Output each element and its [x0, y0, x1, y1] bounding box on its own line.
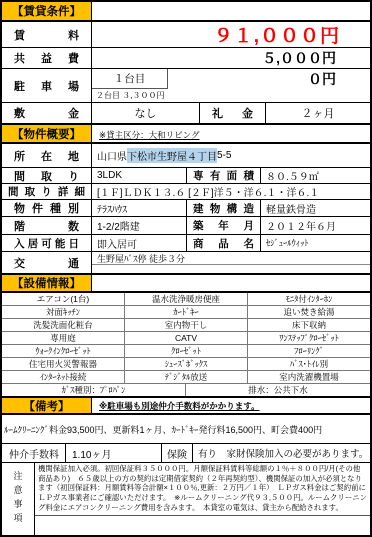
transport-row: 交 通 生野屋ﾊﾞｽ停 徒歩３分	[2, 252, 370, 275]
equipment-item: 追い焚き給湯	[248, 306, 370, 318]
layout-detail-value: [１Ｆ]ＬＤＫ１３.６ [２Ｆ]洋５・洋６.１・洋６.１	[92, 184, 370, 199]
layout-detail-row: 間取り詳細 [１Ｆ]ＬＤＫ１３.６ [２Ｆ]洋５・洋６.１・洋６.１	[2, 184, 370, 200]
equipment-item: ｳｫｰｸｲﾝｸﾛｰｾﾞｯﾄ	[2, 345, 125, 357]
structure-value: 軽量鉄骨造	[261, 200, 370, 216]
equipment-item: ｲﾝﾀｰﾈｯﾄ接続	[2, 371, 125, 383]
equipment-item: 温水洗浄暖房便座	[125, 293, 248, 305]
gas-drainage-row: ｶﾞｽ種別：ﾌﾟﾛﾊﾟﾝ 排水：公共下水	[2, 384, 370, 398]
equipment-item: 洗髪洗面化粧台	[2, 319, 125, 331]
layout-area-row: 間 取 り 3LDK 専有面積 ８０.５９㎡	[2, 168, 370, 184]
deposit-keymoney-row: 敷 金 なし 礼 金 ２ヶ月	[2, 103, 370, 125]
parking-first-car-label: １台目	[92, 69, 168, 89]
parking-first-car-value: ０円	[168, 69, 370, 89]
section-title-remarks: 【備考】	[2, 398, 92, 413]
property-listing-sheet: 【賃貸条件】 賃 料 ９１,０００円 共 益 費 ５,０００円 駐 車 場 １台…	[0, 0, 372, 537]
equipment-header-spacer	[92, 275, 370, 291]
equipment-row: エアコン(1台) 温水洗浄暖房便座 ﾓﾆﾀ付ｲﾝﾀｰﾎﾝ	[2, 293, 370, 306]
equipment-item: ﾌﾛｰﾘﾝｸﾞ	[248, 345, 370, 357]
equipment-item: 専用庭	[2, 332, 125, 344]
area-value: ８０.５９㎡	[261, 168, 370, 183]
remarks-note: ※駐車場も別途仲介手数料がかかります。	[92, 398, 370, 413]
section-title-overview: 【物件概要】	[2, 125, 92, 142]
deposit-value: なし	[92, 103, 200, 123]
built-date-value: ２０１２年６月	[261, 217, 370, 234]
equipment-item: 室内洗濯機置場	[248, 371, 370, 383]
layout-value: 3LDK	[92, 168, 187, 183]
layout-label: 間 取 り	[2, 168, 92, 183]
address-highlight: 下松市生野屋４丁目	[127, 148, 217, 163]
rental-terms-header-spacer	[92, 2, 370, 20]
address-row: 所 在 地 山口県下松市生野屋４丁目5-5	[2, 144, 370, 168]
brokerage-fee-value: 1.10ヶ月	[66, 444, 162, 462]
gas-type: ｶﾞｽ種別：ﾌﾟﾛﾊﾟﾝ	[2, 384, 186, 396]
caution-text: 機関保証加入必須。初回保証料３５０００円。月額保証料賃料等総額の１％＋８００円/…	[35, 463, 370, 516]
rent-label: 賃 料	[2, 22, 92, 47]
equipment-row: 対面ｷｯﾁﾝ ｶｰﾄﾞｷｰ 追い焚き給湯	[2, 306, 370, 319]
insurance-value: 有り 家財保険加入の必要があります。	[193, 444, 370, 462]
rent-value: ９１,０００円	[92, 22, 370, 47]
landlord-category-note: ※貸主区分：大和リビング	[92, 125, 370, 142]
structure-label: 建物構造	[187, 200, 261, 216]
equipment-row: 洗髪洗面化粧台 室内物干し 床下収納	[2, 319, 370, 332]
insurance-label: 保険	[162, 444, 193, 462]
key-money-value: ２ヶ月	[266, 103, 370, 123]
floors-built-row: 階 数 1-2/2階建 築 年 月 ２０１２年６月	[2, 217, 370, 235]
equipment-item: エアコン(1台)	[2, 293, 125, 305]
caution-label-cell: 注意事項	[2, 463, 35, 535]
deposit-label: 敷 金	[2, 103, 92, 123]
parking-row: 駐 車 場 １台目 ０円 ２台目 ３,３００円	[2, 69, 370, 103]
equipment-row: 住宅用火災警報器 ｼｭｰｽﾞﾎﾞｯｸｽ ﾊﾞｽ･ﾄｲﾚ別	[2, 358, 370, 371]
parking-second-car-note: ２台目 ３,３００円	[92, 89, 370, 102]
equipment-item: 住宅用火災警報器	[2, 358, 125, 370]
fees-text: ﾙｰﾑｸﾘｰﾆﾝｸﾞ料金93,500円、更新料1ヶ月、ｶｰﾄﾞｷｰ発行料16,5…	[2, 415, 370, 443]
overview-header-row: 【物件概要】 ※貸主区分：大和リビング	[2, 125, 370, 144]
product-name-value: ｾｼﾞｭｰﾙｳｨｯﾄ	[261, 235, 370, 251]
section-title-rental-terms: 【賃貸条件】	[2, 2, 92, 20]
equipment-row: ｳｫｰｸｲﾝｸﾛｰｾﾞｯﾄ ｸﾛｰｾﾞｯﾄ ﾌﾛｰﾘﾝｸﾞ	[2, 345, 370, 358]
move-in-value: 即入居可	[92, 235, 187, 251]
address-label: 所 在 地	[2, 144, 92, 167]
equipment-item: ﾊﾞｽ･ﾄｲﾚ別	[248, 358, 370, 370]
rental-terms-header-row: 【賃貸条件】	[2, 2, 370, 22]
common-fee-row: 共 益 費 ５,０００円	[2, 48, 370, 69]
common-fee-value: ５,０００円	[92, 48, 370, 68]
equipment-row: 専用庭 CATV ﾜﾝｽﾃｯﾌﾟｸﾛｰｾﾞｯﾄ	[2, 332, 370, 345]
remarks-header-row: 【備考】 ※駐車場も別途仲介手数料がかかります。	[2, 398, 370, 415]
type-structure-row: 物 件 種 別 ﾃﾗｽﾊｳｽ 建物構造 軽量鉄骨造	[2, 200, 370, 217]
common-fee-label: 共 益 費	[2, 48, 92, 68]
address-prefix: 山口県	[97, 148, 127, 163]
equipment-item: 対面ｷｯﾁﾝ	[2, 306, 125, 318]
move-in-label: 入居可能日	[2, 235, 92, 251]
property-type-label: 物 件 種 別	[2, 200, 92, 216]
section-title-equipment: 【設備情報】	[2, 275, 92, 291]
parking-label: 駐 車 場	[2, 69, 92, 102]
equipment-item: ﾃﾞｼﾞﾀﾙ放送	[125, 371, 248, 383]
floors-value: 1-2/2階建	[92, 217, 187, 234]
brokerage-fee-label: 仲介手数料	[2, 444, 66, 462]
transport-value: 生野屋ﾊﾞｽ停 徒歩３分	[92, 252, 370, 265]
equipment-item: ﾓﾆﾀ付ｲﾝﾀｰﾎﾝ	[248, 293, 370, 305]
address-value: 山口県下松市生野屋４丁目5-5	[92, 144, 370, 167]
transport-empty-line	[92, 265, 370, 273]
floors-label: 階 数	[2, 217, 92, 234]
equipment-row: ｲﾝﾀｰﾈｯﾄ接続 ﾃﾞｼﾞﾀﾙ放送 室内洗濯機置場	[2, 371, 370, 384]
caution-label: 注意事項	[12, 471, 25, 527]
transport-label: 交 通	[2, 252, 92, 273]
equipment-item: 床下収納	[248, 319, 370, 331]
rent-row: 賃 料 ９１,０００円	[2, 22, 370, 48]
brokerage-insurance-row: 仲介手数料 1.10ヶ月 保険 有り 家財保険加入の必要があります。	[2, 444, 370, 463]
movein-product-row: 入居可能日 即入居可 商 品 名 ｾｼﾞｭｰﾙｳｨｯﾄ	[2, 235, 370, 252]
equipment-item: ｶｰﾄﾞｷｰ	[125, 306, 248, 318]
fees-row: ﾙｰﾑｸﾘｰﾆﾝｸﾞ料金93,500円、更新料1ヶ月、ｶｰﾄﾞｷｰ発行料16,5…	[2, 415, 370, 444]
equipment-item: CATV	[125, 332, 248, 344]
parking-detail: １台目 ０円 ２台目 ３,３００円	[92, 69, 370, 102]
drainage-type: 排水：公共下水	[186, 384, 370, 396]
address-suffix: 5-5	[217, 150, 231, 161]
product-name-label: 商 品 名	[187, 235, 261, 251]
property-type-value: ﾃﾗｽﾊｳｽ	[92, 200, 187, 216]
area-label: 専有面積	[187, 168, 261, 183]
equipment-header-row: 【設備情報】	[2, 275, 370, 293]
caution-row: 注意事項 機関保証加入必須。初回保証料３５０００円。月額保証料賃料等総額の１％＋…	[2, 463, 370, 535]
equipment-item: ｸﾛｰｾﾞｯﾄ	[125, 345, 248, 357]
equipment-item: ｼｭｰｽﾞﾎﾞｯｸｽ	[125, 358, 248, 370]
equipment-item: 室内物干し	[125, 319, 248, 331]
caution-empty-area	[35, 516, 370, 535]
key-money-label: 礼 金	[200, 103, 266, 123]
equipment-item: ﾜﾝｽﾃｯﾌﾟｸﾛｰｾﾞｯﾄ	[248, 332, 370, 344]
layout-detail-label: 間取り詳細	[2, 184, 92, 199]
built-date-label: 築 年 月	[187, 217, 261, 234]
